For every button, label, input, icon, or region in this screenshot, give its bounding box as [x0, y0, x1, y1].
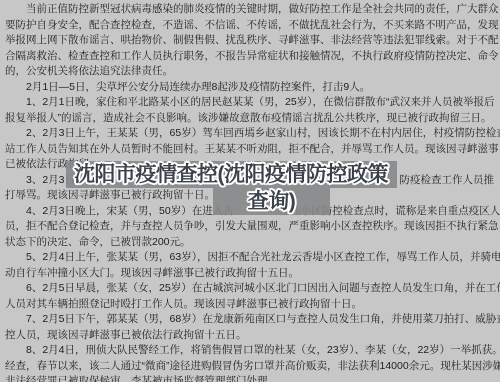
text-segment: 状态下的决定、命令，已被罚款200元。 — [5, 236, 191, 248]
text-segment: 非法经营罪已被取保候审，李某被市场监督管理部门处理。 — [5, 375, 278, 382]
watermark-title-line1: 沈阳市疫情查控(沈阳疫情防控政策 — [60, 161, 402, 188]
article-screenshot: 当前正值防控新型冠状病毒感染的肺炎疫情的关键时期，做好防控工作是全社会共同的责任… — [0, 0, 500, 382]
text-line: 当前正值防控新型冠状病毒感染的肺炎疫情的关键时期，做好防控工作是全社会共同的责任… — [5, 2, 497, 18]
text-line: 状态下的决定、命令，已被罚款200元。 — [5, 235, 497, 251]
text-segment: 2、2月3日上午，王某某（男，65岁）驾车回西墕乡赵家山村，因该长期不在村内居住… — [26, 127, 500, 139]
text-line: 7、2月5日下午，郭某某（男，68岁）在龙康新苑南区口与查控人员发生口角，并使用… — [5, 312, 497, 328]
text-line: 非法经营罪已被取保候审，李某被市场监督管理部门处理。 — [5, 374, 497, 382]
text-line: 6、2月5日早晨，张某（女，25岁）在古城滨河城小区北门口因出入问题与查控人员发… — [5, 281, 497, 297]
text-line: 经查，春节以来，该二人通过“微商”途径进购假冒伪劣口罩并高价贩卖，非法获利140… — [5, 359, 497, 375]
text-line: 2、2月3日上午，王某某（男，65岁）驾车回西墕乡赵家山村，因该长期不在村内居住… — [5, 126, 497, 142]
text-segment: 的，公安机关将依法追究法律责任。 — [5, 65, 173, 77]
text-line: 报复举报人”的谣言，造成社会不良影响。该涉嫌故意散布疫情谣言扰乱公共秩序，现已被… — [5, 111, 497, 127]
text-segment: 打辱骂。现该因寻衅滋事已被行政拘留十日。 — [5, 189, 215, 201]
text-line: 人员对其车辆拍照登记时殴打工作人员。现该因寻衅滋事已被行政拘留十日。 — [5, 297, 497, 313]
text-line: 的，公安机关将依法追究法律责任。 — [5, 64, 497, 80]
text-segment: 动自行车冲撞小区大门。现该因寻衅滋事已被行政拘留十五日。 — [5, 267, 299, 279]
text-line: 控人员，现该因寻衅滋事已被依法行政拘留十五日。 — [5, 328, 497, 344]
text-line: 1、2月1日晚，家住和平北路某小区的居民赵某某（男，25岁），在微信群散布“武汉… — [5, 95, 497, 111]
text-line: 站工作人员告知其在外人员暂时不能回村。王某某不听劝阻，拒不配合，并辱骂工作人员。… — [5, 142, 497, 158]
text-line: 动自行车冲撞小区大门。现该因寻衅滋事已被行政拘留十五日。 — [5, 266, 497, 282]
text-segment: 4、2月3日晚上，宋某（男，50岁）在进入古 — [26, 205, 234, 217]
text-segment: 1、2月1日晚，家住和平北路某小区的居民赵某某（男，25岁），在微信群散布“武汉… — [26, 96, 494, 108]
text-segment: 举报网上网下散布谣言、哄抬物价、制假售假、扰乱秩序、寻衅滋事、非法经营等违法犯罪… — [5, 34, 499, 46]
text-segment: 员，拒不配合登记检查，并与查控人员争吵，引发大量围观，严重影响小区查控秩序。现该… — [5, 220, 499, 232]
text-segment: 2月1日—5日，尖草坪公安分局连续办理8起涉及疫情防控案件，打击9人。 — [26, 81, 370, 93]
text-segment: 控人员，现该因寻衅滋事已被依法行政拘留十五日。 — [5, 329, 247, 341]
text-segment: 当前正值防控新型冠状病毒感染的肺炎疫情的关键时期，做好防控工作是全社会共同的责任… — [26, 3, 499, 15]
text-segment: 站工作人员告知其在外人员暂时不能回村。王某某不听劝阻，拒不配合，并辱骂工作人员。… — [5, 143, 499, 155]
text-segment: 7、2月5日下午，郭某某（男，68岁）在龙康新苑南区口与查控人员发生口角，并使用… — [26, 313, 500, 325]
text-line: 合隔离救治、检查查控和工作人员执行职务，不报告异常症状和接触情况，不执行政府疫情… — [5, 49, 497, 65]
text-segment: 防疫检查工作人员推 — [400, 174, 495, 186]
text-segment: 5、2月4日上午，张某某（男，63岁），因拒不配合光社龙云香堤小区查控工作，辱骂… — [26, 251, 500, 263]
text-segment: 6、2月5日早晨，张某（女，25岁）在古城滨河城小区北门口因出入问题与查控人员发… — [26, 282, 500, 294]
watermark-title-line2: 查询) — [213, 188, 330, 215]
text-segment: 8、2月4日，刑侦大队民警经工作，将销售假冒口罩的杜某（女，23岁）、李某（女，… — [26, 344, 500, 356]
text-line: 要防护自身安全，配合查控检查，不造谣、不信谣、不传谣，不做扰乱社会行为，不买来路… — [5, 18, 497, 34]
text-line: 8、2月4日，刑侦大队民警经工作，将销售假冒口罩的杜某（女，23岁）、李某（女，… — [5, 343, 497, 359]
text-segment: 报复举报人”的谣言，造成社会不良影响。该涉嫌故意散布疫情谣言扰乱公共秩序，现已被… — [5, 112, 492, 124]
text-line: 2月1日—5日，尖草坪公安分局连续办理8起涉及疫情防控案件，打击9人。 — [5, 80, 497, 96]
text-line: 5、2月4日上午，张某某（男，63岁），因拒不配合光社龙云香堤小区查控工作，辱骂… — [5, 250, 497, 266]
text-line: 员，拒不配合登记检查，并与查控人员争吵，引发大量围观，严重影响小区查控秩序。现该… — [5, 219, 497, 235]
text-segment: 人员对其车辆拍照登记时殴打工作人员。现该因寻衅滋事已被行政拘留十日。 — [5, 298, 362, 310]
text-line: 举报网上网下散布谣言、哄抬物价、制假售假、扰乱秩序、寻衅滋事、非法经营等违法犯罪… — [5, 33, 497, 49]
text-segment: 经查，春节以来，该二人通过“微商”途径进购假冒伪劣口罩并高价贩卖，非法获利140… — [5, 360, 500, 372]
text-segment: 要防护自身安全，配合查控检查，不造谣、不信谣、不传谣，不做扰乱社会行为，不买来路… — [5, 19, 499, 31]
text-segment: 合隔离救治、检查查控和工作人员执行职务，不报告异常症状和接触情况，不执行政府疫情… — [5, 50, 499, 62]
